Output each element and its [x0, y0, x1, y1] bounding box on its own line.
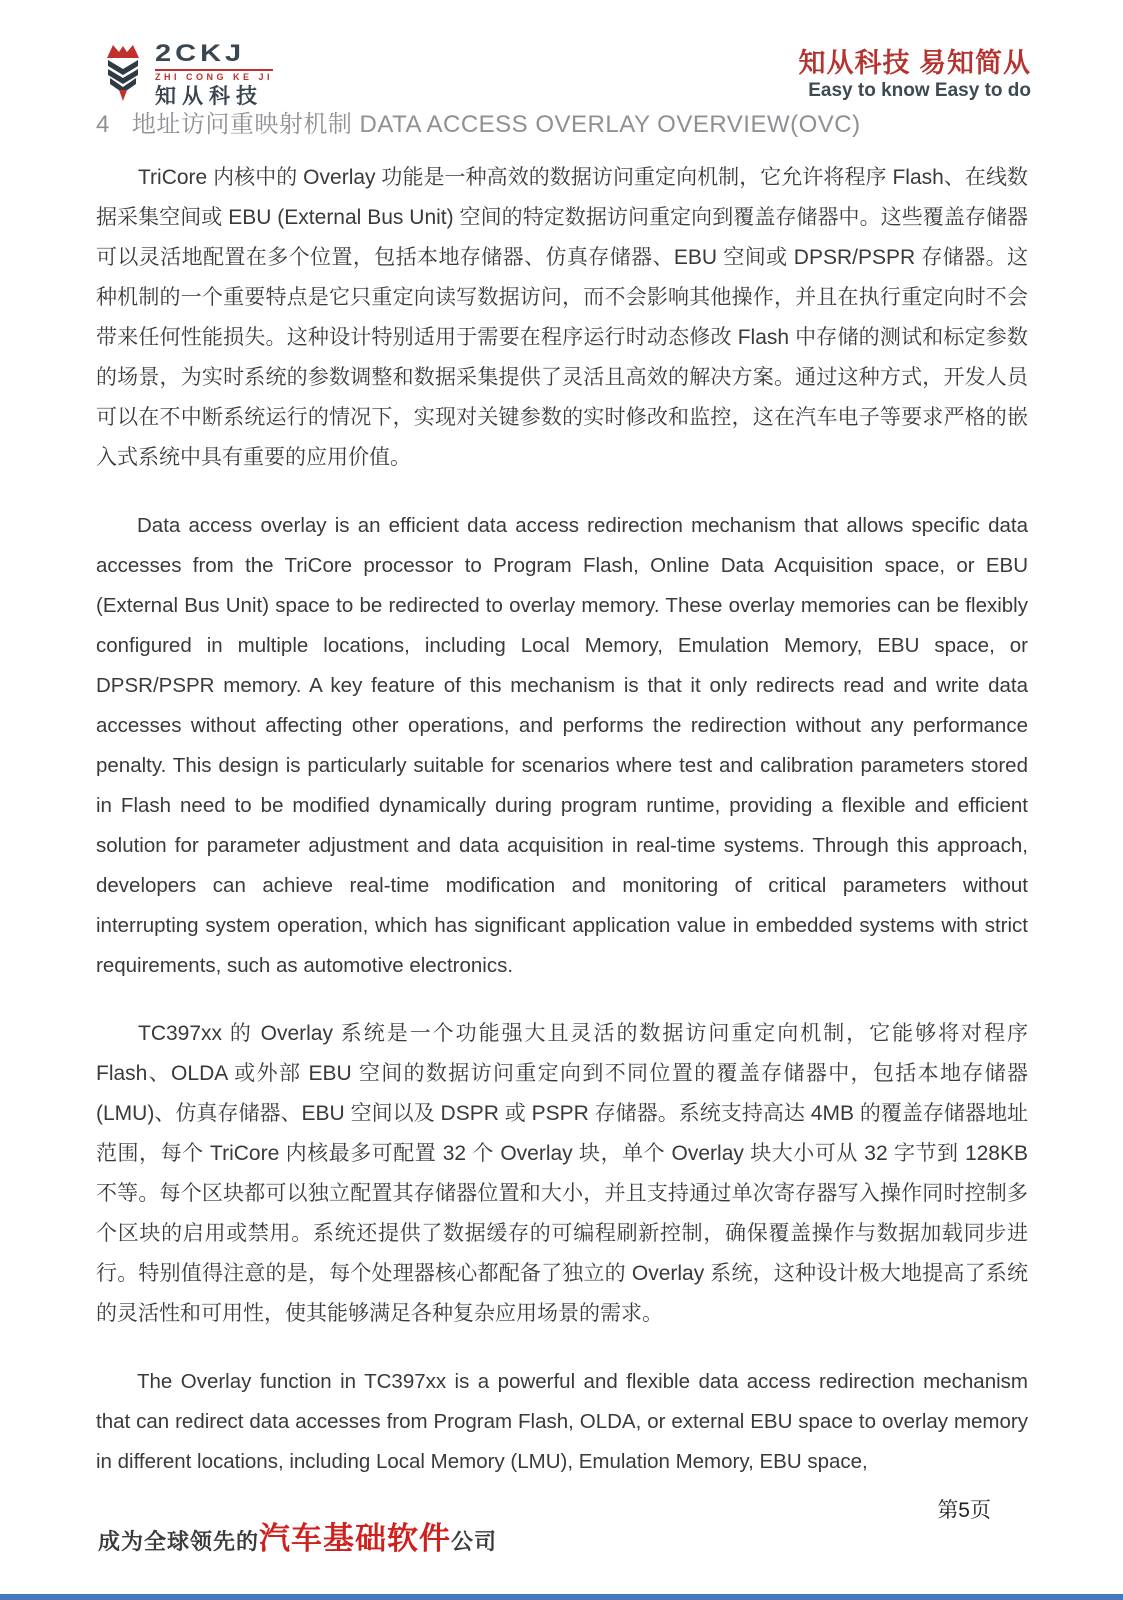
- logo-brand-letters: 2CKJ: [155, 42, 273, 66]
- paragraph-cn-1: TriCore 内核中的 Overlay 功能是一种高效的数据访问重定向机制，它…: [96, 158, 1028, 478]
- paragraph-cn-2: TC397xx 的 Overlay 系统是一个功能强大且灵活的数据访问重定向机制…: [96, 1014, 1028, 1334]
- footer-tagline: 成为全球领先的 汽车基础软件 公司: [98, 1513, 497, 1558]
- document-page: 2CKJ ZHI CONG KE JI 知从科技 知从科技 易知简从 Easy …: [0, 0, 1123, 1600]
- slogan-english: Easy to know Easy to do: [798, 80, 1031, 103]
- footer-tagline-suffix: 公司: [451, 1525, 497, 1556]
- paragraph-en-2: The Overlay function in TC397xx is a pow…: [96, 1362, 1028, 1482]
- phoenix-logo-icon: [100, 42, 146, 102]
- paragraph-en-1: Data access overlay is an efficient data…: [96, 506, 1028, 986]
- logo-text: 2CKJ ZHI CONG KE JI 知从科技: [155, 42, 273, 109]
- slogan-chinese: 知从科技 易知简从: [798, 48, 1031, 79]
- company-logo: 2CKJ ZHI CONG KE JI 知从科技: [100, 42, 273, 109]
- page-number: 第5页: [937, 1494, 991, 1524]
- footer-tagline-prefix: 成为全球领先的: [98, 1525, 259, 1556]
- company-slogan: 知从科技 易知简从 Easy to know Easy to do: [798, 48, 1031, 103]
- section-heading: 4地址访问重映射机制 DATA ACCESS OVERLAY OVERVIEW(…: [96, 104, 861, 139]
- footer-accent-bar: [0, 1594, 1123, 1600]
- footer-tagline-highlight: 汽车基础软件: [259, 1513, 451, 1558]
- document-body: TriCore 内核中的 Overlay 功能是一种高效的数据访问重定向机制，它…: [96, 158, 1028, 1482]
- section-number: 4: [96, 111, 110, 139]
- section-title: 地址访问重映射机制 DATA ACCESS OVERLAY OVERVIEW(O…: [132, 111, 861, 138]
- logo-brand-pinyin: ZHI CONG KE JI: [155, 69, 273, 83]
